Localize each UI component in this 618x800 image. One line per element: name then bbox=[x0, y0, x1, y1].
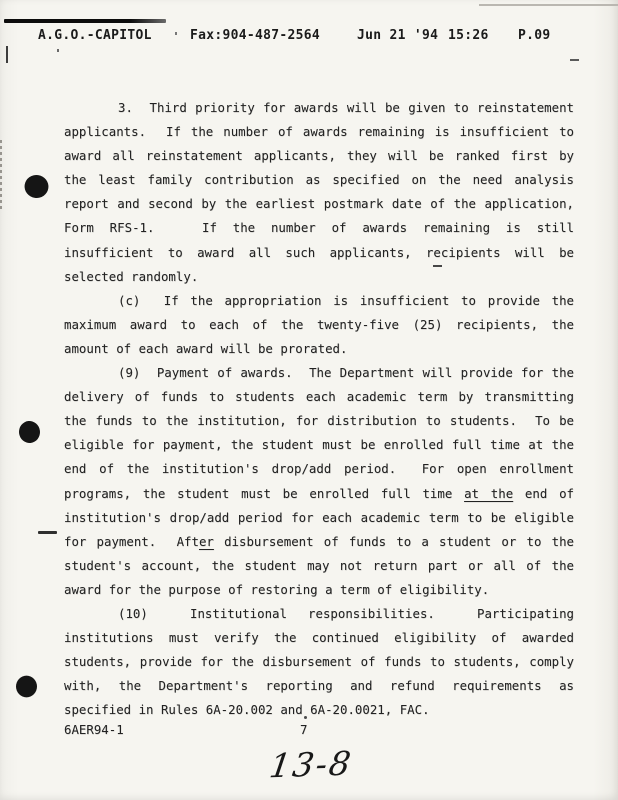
margin-dash-mark bbox=[38, 531, 57, 534]
scan-speck bbox=[175, 32, 177, 35]
document-line: for payment. After disbursement of funds… bbox=[64, 530, 574, 554]
line-segment: end of bbox=[513, 486, 574, 501]
page-number: 7 bbox=[300, 722, 307, 737]
document-line: applicants. If the number of awards rema… bbox=[64, 120, 574, 144]
fax-header-rule-right bbox=[479, 4, 618, 6]
fax-document-page: A.G.O.-CAPITOL Fax:904-487-2564 Jun 21 '… bbox=[0, 0, 618, 800]
line-segment: programs, the student must be enrolled f… bbox=[64, 486, 464, 501]
document-id: 6AER94-1 bbox=[64, 722, 124, 737]
document-line: the least family contribution as specifi… bbox=[64, 168, 574, 192]
document-line: selected randomly. bbox=[64, 265, 574, 289]
document-line: institution's drop/add period for each a… bbox=[64, 506, 574, 530]
scan-speck bbox=[57, 49, 59, 52]
fax-page-indicator: P.09 bbox=[518, 28, 551, 43]
scan-artifact-edge-dashes bbox=[0, 140, 2, 210]
document-line: (c) If the appropriation is insufficient… bbox=[64, 289, 574, 313]
document-line: maximum award to each of the twenty-five… bbox=[64, 313, 574, 337]
fax-date: Jun 21 '94 bbox=[357, 28, 438, 43]
document-line: insufficient to award all such applicant… bbox=[64, 241, 574, 265]
document-line: eligible for payment, the student must b… bbox=[64, 433, 574, 457]
hole-punch-mark bbox=[18, 420, 41, 444]
document-line: student's account, the student may not r… bbox=[64, 554, 574, 578]
document-line: programs, the student must be enrolled f… bbox=[64, 482, 574, 506]
document-line: report and second by the earliest postma… bbox=[64, 192, 574, 216]
document-line: the funds to the institution, for distri… bbox=[64, 409, 574, 433]
document-line: specified in Rules 6A-20.002 and 6A-20.0… bbox=[64, 698, 574, 722]
fax-station-id: A.G.O.-CAPITOL bbox=[38, 28, 152, 43]
line-segment: for payment. Aft bbox=[64, 534, 199, 549]
underlined-text: at the bbox=[464, 486, 513, 501]
hole-punch-mark bbox=[23, 173, 50, 199]
document-line: award all reinstatement applicants, they… bbox=[64, 144, 574, 168]
fax-time: 15:26 bbox=[448, 28, 489, 43]
hole-punch-mark bbox=[16, 676, 37, 698]
line-segment: disbursement of funds to a student or to… bbox=[214, 534, 574, 549]
document-line: end of the institution's drop/add period… bbox=[64, 457, 574, 481]
document-line: institutions must verify the continued e… bbox=[64, 626, 574, 650]
document-line: delivery of funds to students each acade… bbox=[64, 385, 574, 409]
handwritten-note: 13-8 bbox=[267, 744, 355, 786]
document-line: Form RFS-1. If the number of awards rema… bbox=[64, 216, 574, 240]
document-line: (10) Institutional responsibilities. Par… bbox=[64, 602, 574, 626]
document-line: students, provide for the disbursement o… bbox=[64, 650, 574, 674]
underlined-text: er bbox=[199, 534, 214, 549]
document-body: 3. Third priority for awards will be giv… bbox=[64, 96, 574, 722]
fax-header-rule-left bbox=[4, 19, 166, 23]
scan-artifact-tick bbox=[6, 46, 8, 63]
document-line: with, the Department's reporting and ref… bbox=[64, 674, 574, 698]
scan-artifact-dash bbox=[570, 59, 579, 61]
document-line: amount of each award will be prorated. bbox=[64, 337, 574, 361]
fax-number: Fax:904-487-2564 bbox=[190, 28, 320, 43]
document-line: (9) Payment of awards. The Department wi… bbox=[64, 361, 574, 385]
document-line: 3. Third priority for awards will be giv… bbox=[64, 96, 574, 120]
document-line: award for the purpose of restoring a ter… bbox=[64, 578, 574, 602]
